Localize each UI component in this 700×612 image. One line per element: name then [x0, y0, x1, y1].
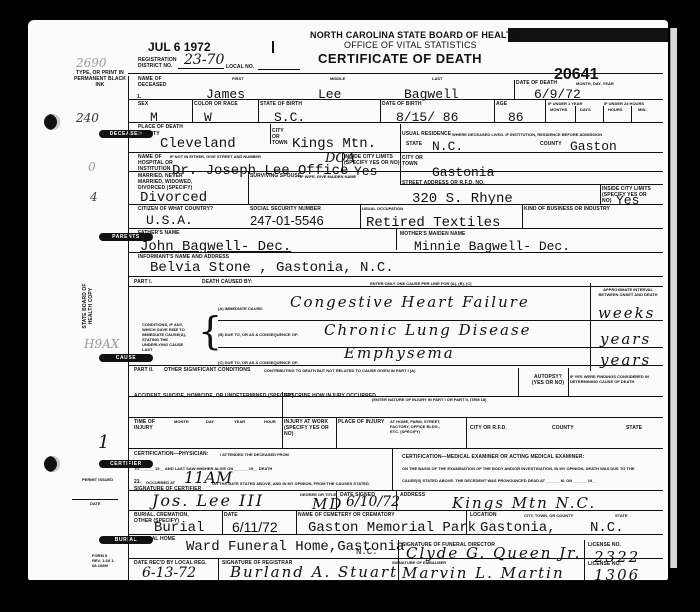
me-cert-text-2: CAUSE(S) STATED ABOVE. THE DECEDENT WAS …	[402, 478, 597, 483]
injury-state-label: STATE	[626, 425, 642, 431]
district-underline	[178, 68, 224, 69]
registration-district-label: REGISTRATION DISTRICT NO.	[138, 57, 178, 69]
pencil-note-4: 4	[90, 190, 98, 204]
cause-b: Chronic Lung Disease	[324, 321, 532, 339]
cause-c: Emphysema	[344, 344, 455, 362]
injury-work-label: INJURY AT WORK (SPECIFY YES OR NO)	[284, 419, 332, 437]
paper-stack-edge	[670, 28, 677, 568]
divider	[336, 490, 337, 510]
death-caused-by: DEATH CAUSED BY:	[202, 279, 253, 285]
divider	[258, 100, 259, 122]
first-label: FIRST	[232, 76, 244, 81]
divider	[222, 510, 223, 534]
describe-injury-sub: (ENTER NATURE OF INJURY IN PART I OR PAR…	[372, 397, 486, 402]
location-sub: CITY, TOWN, OR COUNTY	[524, 513, 573, 518]
divider	[380, 100, 381, 122]
autopsy-label: AUTOPSY? (YES OR NO)	[528, 374, 568, 386]
place-of-death-label: PLACE OF DEATH	[138, 124, 183, 130]
divider	[631, 106, 632, 122]
divider	[545, 100, 546, 122]
time-col-day: DAY	[206, 419, 214, 424]
date-of-death-label: DATE OF DEATH	[516, 80, 557, 86]
date-label: Date	[90, 501, 101, 506]
res-city: Gastonia	[432, 165, 494, 180]
row-line	[128, 171, 663, 172]
ink-instruction: TYPE, OR PRINT IN PERMANENT BLACK INK	[72, 70, 128, 88]
father-label: FATHER'S NAME	[138, 230, 180, 236]
sex-label: SEX	[138, 101, 148, 107]
registration-district-no: 23-70	[184, 52, 224, 68]
pencil-note-5: H9AX	[84, 337, 119, 351]
last-label: LAST	[432, 76, 442, 81]
divider	[575, 106, 576, 122]
row-line	[128, 152, 663, 153]
part1-label: PART I.	[134, 279, 152, 285]
agency-line-2: OFFICE OF VITAL STATISTICS	[344, 40, 477, 50]
res-county-label: COUNTY	[540, 141, 562, 147]
min-col: MIN.	[638, 107, 646, 112]
row-line	[128, 252, 663, 253]
copy-label: STATE BOARD OF HEALTH COPY	[82, 276, 94, 336]
street-label: STREET ADDRESS OR R.F.D. No.	[402, 180, 485, 186]
me-cert-text-1: ON THE BASIS OF THE EXAMINATION OF THE B…	[402, 466, 635, 471]
row-line	[128, 365, 663, 366]
age-label: AGE	[496, 101, 507, 107]
divider	[600, 184, 601, 204]
city-rfd-label: CITY OR R.F.D.	[470, 425, 507, 431]
county-value: Cleveland	[160, 136, 236, 152]
local-no-label: LOCAL NO.	[226, 64, 254, 70]
conditions-note: CONDITIONS, IF ANY, WHICH GAVE RISE TO I…	[142, 322, 190, 352]
certifier-signature: Jos. Lee III	[152, 491, 264, 510]
divider	[466, 510, 467, 534]
city-value: Kings Mtn.	[292, 136, 376, 152]
row-line	[128, 99, 663, 100]
divider	[336, 417, 337, 448]
row-line	[128, 122, 663, 123]
months-col: MONTHS	[550, 107, 567, 112]
occupation-label: USUAL OCCUPATION	[362, 206, 452, 211]
row-line	[128, 204, 663, 205]
describe-injury-label: DESCRIBE HOW INJURY OCCURRED	[284, 393, 376, 399]
divider	[518, 368, 519, 396]
funeral-home-state: N.C.	[356, 547, 378, 557]
row-line	[128, 510, 663, 511]
divider	[282, 392, 283, 448]
county-label: COUNTY	[138, 131, 160, 137]
divider	[466, 417, 467, 448]
punch-hole-top	[44, 114, 60, 130]
date-of-death-sub: MONTH, DAY, YEAR	[576, 81, 614, 86]
form-bottom-border	[128, 580, 663, 581]
time-injury-label: TIME OF INJURY	[134, 419, 158, 431]
date-line	[72, 499, 118, 500]
local-no-underline	[258, 69, 300, 70]
divider	[296, 510, 297, 534]
cemetery-label: NAME OF CEMETERY OR CREMATORY	[298, 512, 395, 518]
res-state-label: STATE	[406, 141, 422, 147]
divider	[603, 106, 604, 122]
address-label: ADDRESS	[400, 492, 425, 498]
row-line	[128, 448, 663, 449]
divider	[248, 171, 249, 204]
under-1-year-label: IF UNDER 1 YEAR	[548, 101, 582, 106]
cause-a: Congestive Heart Failure	[290, 293, 530, 311]
me-cert-label: CERTIFICATION—MEDICAL EXAMINER OR ACTING…	[402, 454, 584, 460]
under-24-hours-label: IF UNDER 24 HOURS	[604, 101, 644, 106]
divider	[514, 80, 515, 99]
divider	[400, 124, 401, 184]
cause-a-prefix: (a) IMMEDIATE CAUSE:	[218, 306, 263, 311]
divider	[396, 228, 397, 250]
divider	[342, 152, 343, 171]
residence-label: USUAL RESIDENCE	[402, 131, 451, 137]
divider	[218, 558, 219, 580]
mother-label: MOTHER'S MAIDEN NAME	[400, 231, 465, 237]
spouse-label: SURVIVING SPOUSE	[250, 173, 301, 179]
row-line	[128, 286, 663, 287]
divider	[396, 490, 397, 510]
pencil-note-6: 1	[98, 432, 109, 453]
form-info: FORM 8 REV. 1-68 1-68-108M	[92, 553, 116, 568]
race-label: COLOR OR RACE	[194, 101, 238, 107]
place-injury-sub: AT HOME, FARM, STREET, FACTORY, OFFICE B…	[390, 419, 450, 434]
divider	[392, 448, 393, 490]
marital-label: MARRIED, NEVER MARRIED, WIDOWED, DIVORCE…	[138, 173, 208, 191]
location-state-label: STATE	[615, 513, 628, 518]
city-label: CITY OR TOWN	[272, 128, 290, 146]
part2-label: PART II.	[134, 367, 154, 373]
ssn-value: 247-01-5546	[250, 213, 324, 228]
pencil-note-2: 240	[76, 111, 99, 125]
pencil-note-3: 0	[88, 160, 96, 174]
pencil-note-1: 2690	[76, 56, 107, 70]
ssn-label: SOCIAL SECURITY NUMBER	[250, 206, 321, 212]
registrar-signature: Burland A. Stuart	[230, 563, 398, 581]
row-line	[128, 534, 663, 535]
divider	[192, 100, 193, 122]
date-signed: 6/10/72	[346, 494, 400, 510]
permit-issued-label: Permit issued	[82, 477, 113, 482]
row-line	[128, 558, 663, 559]
burial-date: 6/11/72	[232, 519, 278, 535]
divider	[494, 100, 495, 122]
agency-line-1: NORTH CAROLINA STATE BOARD OF HEALTH	[310, 30, 518, 40]
citizen-value: U.S.A.	[146, 213, 193, 228]
injury-county-label: COUNTY	[552, 425, 574, 431]
certificate-title: CERTIFICATE OF DEATH	[318, 51, 482, 66]
stamp-mark	[272, 41, 274, 53]
physician-cert-label: CERTIFICATION—PHYSICIAN:	[134, 451, 209, 457]
embalmer-license: 1306	[594, 566, 640, 584]
state-of-birth-label: STATE OF BIRTH	[260, 101, 302, 107]
other-conditions-sub: CONTRIBUTING TO DEATH BUT NOT RELATED TO…	[264, 368, 415, 373]
interval-label: APPROXIMATE INTERVAL BETWEEN ONSET AND D…	[594, 287, 662, 297]
residence-sub: WHERE DECEASED LIVED. IF INSTITUTION, RE…	[452, 132, 602, 137]
hospital-sub: IF NOT IN EITHER, GIVE STREET AND NUMBER	[170, 154, 261, 159]
middle-label: MIDDLE	[330, 76, 345, 81]
brace: {	[198, 312, 222, 350]
res-city-label: CITY OR TOWN	[402, 155, 424, 167]
name-label: NAME OF DECEASED	[138, 76, 168, 88]
row-line	[128, 417, 663, 418]
findings-label: IF YES WERE FINDINGS CONSIDERED IN DETER…	[570, 374, 662, 384]
dob-label: DATE OF BIRTH	[382, 101, 422, 107]
interval-divider	[590, 283, 591, 371]
days-col: DAYS	[580, 107, 591, 112]
punch-hole-bottom	[44, 456, 60, 472]
occurred-label: OCCURRED AT	[146, 480, 175, 485]
informant-value: Belvia Stone , Gastonia, N.C.	[150, 260, 394, 276]
interval-c: years	[600, 351, 651, 369]
res-inside-city: Yes	[616, 193, 639, 208]
row-line	[400, 184, 663, 185]
time-col-year: YEAR	[234, 419, 245, 424]
place-injury-label: PLACE OF INJURY	[338, 419, 384, 425]
interval-b: years	[600, 330, 651, 348]
cause-b-prefix: (b) DUE TO, OR AS A CONSEQUENCE OF:	[218, 332, 299, 337]
redaction-bar	[508, 28, 668, 42]
form-top-border	[128, 73, 663, 74]
accident-label: ACCIDENT, SUICIDE, HOMICIDE, OR UNDETERM…	[134, 393, 294, 399]
funeral-home-label: FUNERAL HOME	[134, 536, 175, 542]
burial-date-label: DATE	[224, 512, 238, 518]
location-label: LOCATION	[470, 512, 497, 518]
occurred-text: ON THE DATE STATED ABOVE, AND IN MY OPIN…	[212, 481, 370, 486]
row-line	[128, 276, 663, 277]
time-col-month: MONTH	[174, 419, 189, 424]
other-conditions-label: OTHER SIGNIFICANT CONDITIONS	[164, 367, 250, 373]
item-21: 21.	[134, 479, 141, 485]
time-col-hour: HOUR	[264, 419, 276, 424]
hours-col: HOURS	[608, 107, 622, 112]
tab-cause: CAUSE	[99, 354, 153, 362]
divider	[522, 204, 523, 228]
industry-label: KIND OF BUSINESS OR INDUSTRY	[524, 206, 610, 212]
divider	[360, 204, 361, 228]
spouse-sub: IF WIFE, GIVE MAIDEN NAME	[300, 174, 356, 179]
physician-cert-text-1: I ATTENDED THE DECEASED FROM	[220, 452, 289, 457]
divider	[270, 124, 271, 144]
divider	[568, 368, 569, 396]
citizen-label: CITIZEN OF WHAT COUNTRY?	[138, 206, 213, 212]
item-18: 18.	[136, 358, 143, 364]
date-recd: 6-13-72	[142, 565, 196, 581]
divider	[584, 540, 585, 580]
